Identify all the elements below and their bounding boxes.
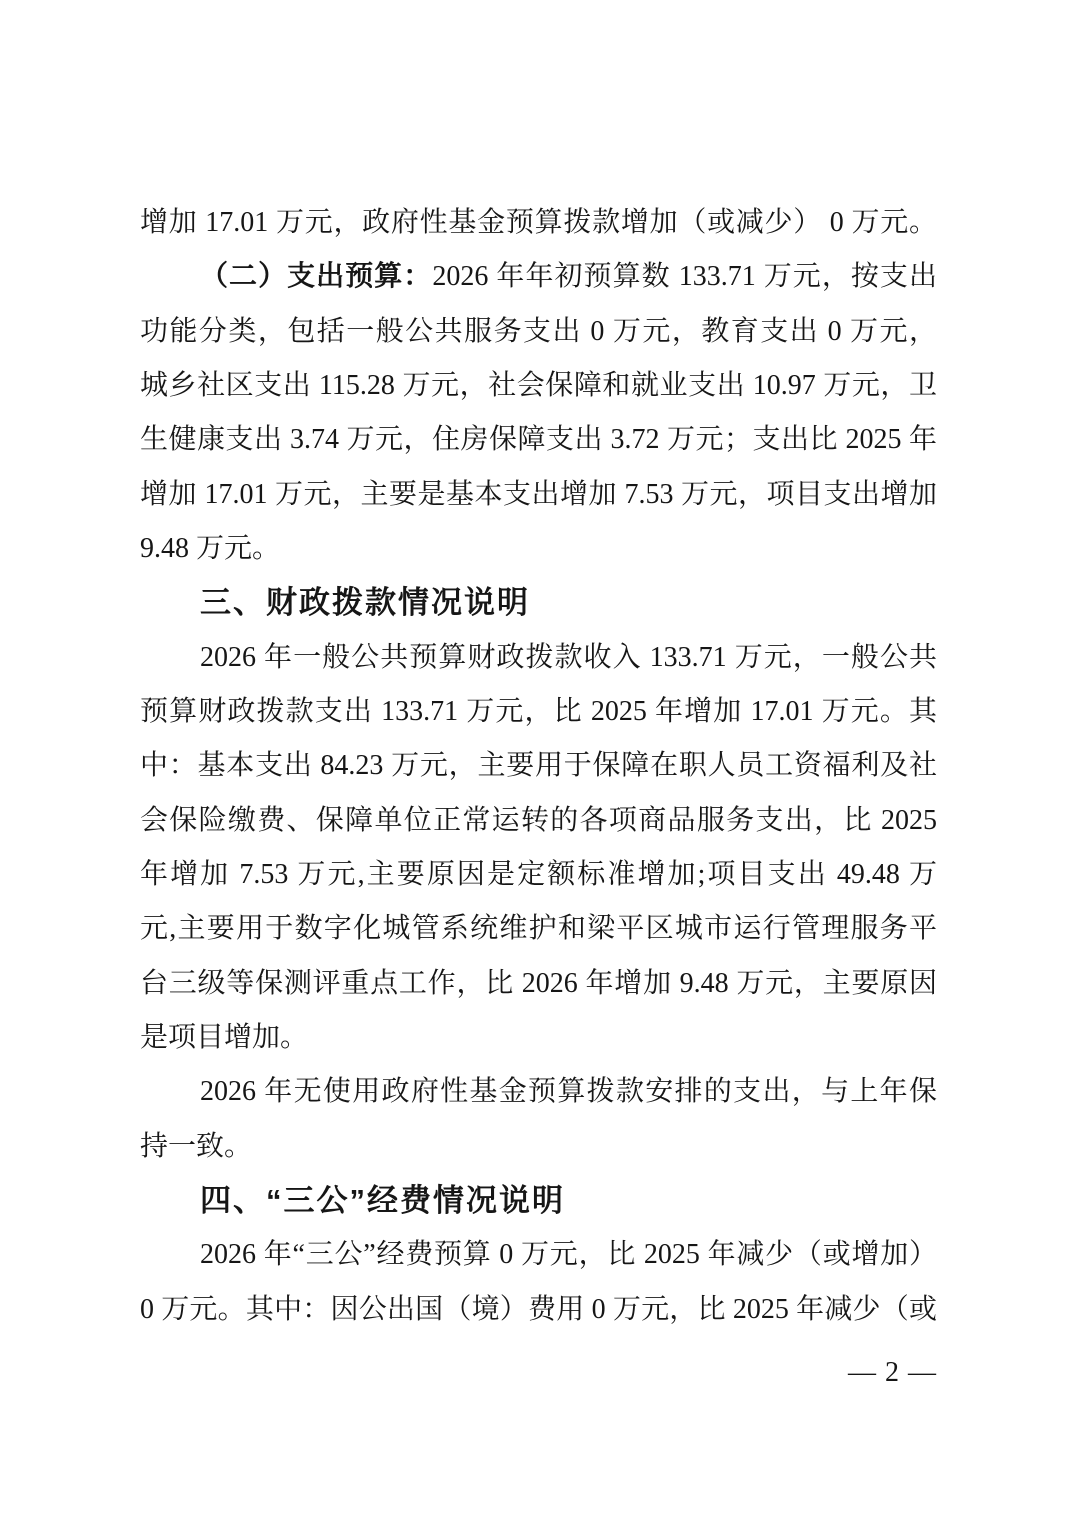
body-line-fiscal-2: 预算财政拨款支出 133.71 万元，比 2025 年增加 17.01 万元。其 — [140, 685, 937, 739]
body-line-expense-3: 城乡社区支出 115.28 万元，社会保障和就业支出 10.97 万元，卫 — [140, 359, 937, 413]
page-number: — 2 — — [848, 1346, 937, 1400]
body-line-expense-1: （二）支出预算：2026 年年初预算数 133.71 万元，按支出 — [140, 250, 937, 304]
body-line-govfund-1: 2026 年无使用政府性基金预算拨款安排的支出，与上年保 — [140, 1065, 937, 1119]
body-line-govfund-2: 持一致。 — [140, 1120, 937, 1174]
body-line-expense-2: 功能分类，包括一般公共服务支出 0 万元，教育支出 0 万元， — [140, 305, 937, 359]
document-body: 增加 17.01 万元，政府性基金预算拨款增加（或减少） 0 万元。 （二）支出… — [140, 196, 937, 1337]
body-line-sangong-2: 0 万元。其中：因公出国（境）费用 0 万元，比 2025 年减少（或 — [140, 1283, 937, 1337]
body-line-fiscal-7: 台三级等保测评重点工作，比 2026 年增加 9.48 万元，主要原因 — [140, 957, 937, 1011]
body-line-expense-4: 生健康支出 3.74 万元，住房保障支出 3.72 万元；支出比 2025 年 — [140, 413, 937, 467]
body-line-fiscal-6: 元,主要用于数字化城管系统维护和梁平区城市运行管理服务平 — [140, 902, 937, 956]
section-heading-fiscal: 三、财政拨款情况说明 — [140, 576, 937, 630]
body-line-fiscal-8: 是项目增加。 — [140, 1011, 937, 1065]
document-page: 增加 17.01 万元，政府性基金预算拨款增加（或减少） 0 万元。 （二）支出… — [0, 0, 1074, 1520]
body-line-fiscal-5: 年增加 7.53 万元,主要原因是定额标准增加;项目支出 49.48 万 — [140, 848, 937, 902]
body-line-fiscal-4: 会保险缴费、保障单位正常运转的各项商品服务支出，比 2025 — [140, 794, 937, 848]
body-line-fiscal-1: 2026 年一般公共预算财政拨款收入 133.71 万元，一般公共 — [140, 631, 937, 685]
body-line-expense-1-rest: 2026 年年初预算数 133.71 万元，按支出 — [432, 261, 937, 292]
body-line-expense-6: 9.48 万元。 — [140, 522, 937, 576]
body-line-fiscal-3: 中：基本支出 84.23 万元，主要用于保障在职人员工资福利及社 — [140, 739, 937, 793]
body-line-income-tail: 增加 17.01 万元，政府性基金预算拨款增加（或减少） 0 万元。 — [140, 196, 937, 250]
body-line-expense-5: 增加 17.01 万元，主要是基本支出增加 7.53 万元，项目支出增加 — [140, 468, 937, 522]
paragraph-lead-expense: （二）支出预算： — [200, 261, 432, 292]
section-heading-sangong: 四、“三公”经费情况说明 — [140, 1174, 937, 1228]
body-line-sangong-1: 2026 年“三公”经费预算 0 万元，比 2025 年减少（或增加） — [140, 1228, 937, 1282]
